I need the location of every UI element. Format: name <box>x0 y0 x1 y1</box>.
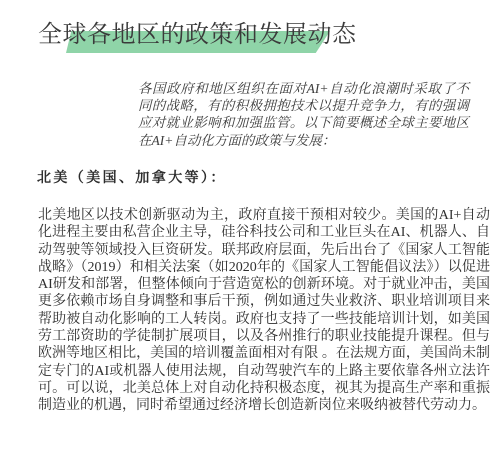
intro-paragraph: 各国政府和地区组织在面对AI+自动化浪潮时采取了不同的战略，有的积极拥抱技术以提… <box>138 80 469 150</box>
document-page: 全球各地区的政策和发展动态 各国政府和地区组织在面对AI+自动化浪潮时采取了不同… <box>0 0 500 464</box>
page-title: 全球各地区的政策和发展动态 <box>38 14 357 49</box>
section-heading-north-america: 北美（美国、加拿大等）： <box>37 167 227 187</box>
section-body-north-america: 北美地区以技术创新驱动为主，政府直接干预相对较少。美国的AI+自动化进程主要由私… <box>38 207 490 415</box>
